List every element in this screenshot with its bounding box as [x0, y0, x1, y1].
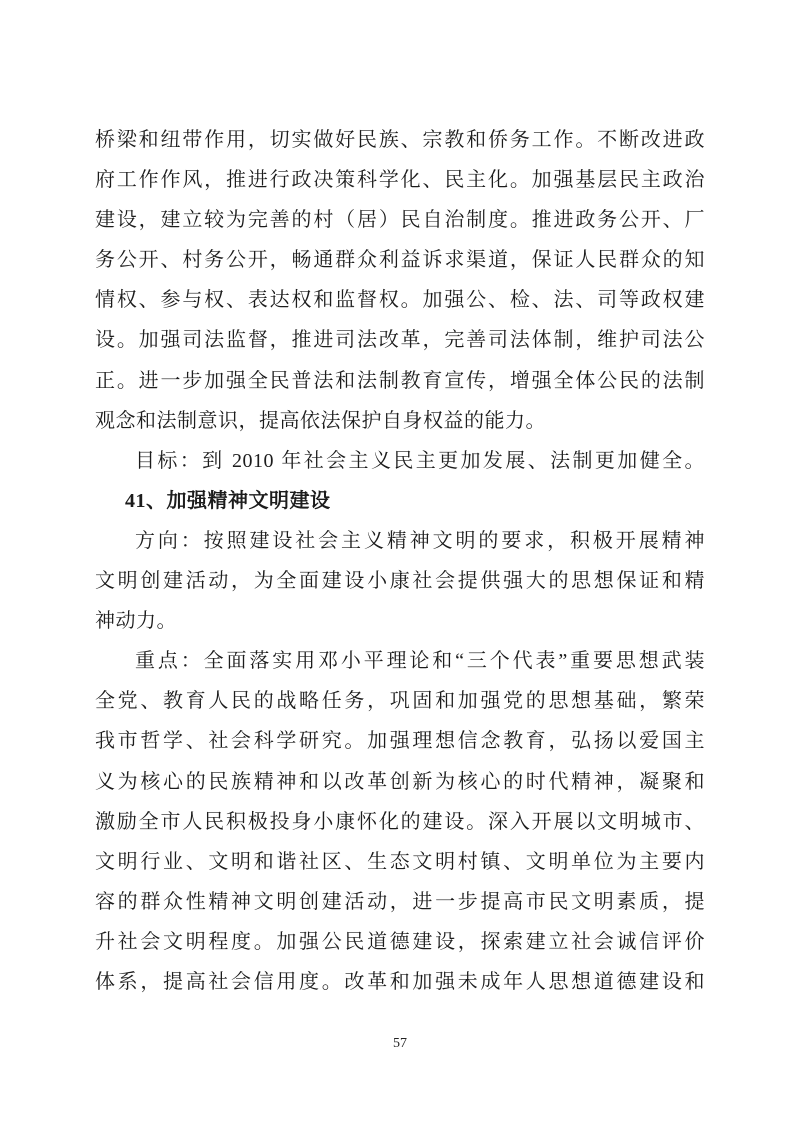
section-41-heading: 41、加强精神文明建设 [95, 481, 705, 521]
text-line: 升社会文明程度。加强公民道德建设，探索建立社会诚信评价 [95, 922, 705, 962]
text-line: 全党、教育人民的战略任务，巩固和加强党的思想基础，繁荣 [95, 681, 705, 721]
text-line: 文明行业、文明和谐社区、生态文明村镇、文明单位为主要内 [95, 842, 705, 882]
text-line: 容的群众性精神文明创建活动，进一步提高市民文明素质，提 [95, 882, 705, 922]
body-text: 桥梁和纽带作用，切实做好民族、宗教和侨务工作。不断改进政 府工作作风，推进行政决… [95, 120, 705, 1002]
text-line: 设。加强司法监督，推进司法改革，完善司法体制，维护司法公 [95, 320, 705, 360]
page-number: 57 [95, 1036, 705, 1052]
text-line: 情权、参与权、表达权和监督权。加强公、检、法、司等政权建 [95, 280, 705, 320]
document-page: 桥梁和纽带作用，切实做好民族、宗教和侨务工作。不断改进政 府工作作风，推进行政决… [0, 0, 793, 1122]
text-line: 激励全市人民积极投身小康怀化的建设。深入开展以文明城市、 [95, 802, 705, 842]
text-line: 神动力。 [95, 601, 705, 641]
text-line: 府工作作风，推进行政决策科学化、民主化。加强基层民主政治 [95, 160, 705, 200]
goal-line: 目标：到 2010 年社会主义民主更加发展、法制更加健全。 [95, 441, 705, 481]
direction-line: 方向：按照建设社会主义精神文明的要求，积极开展精神 [95, 521, 705, 561]
text-line: 建设，建立较为完善的村（居）民自治制度。推进政务公开、厂 [95, 200, 705, 240]
text-line: 务公开、村务公开，畅通群众利益诉求渠道，保证人民群众的知 [95, 240, 705, 280]
text-line: 观念和法制意识，提高依法保护自身权益的能力。 [95, 401, 705, 441]
text-line: 正。进一步加强全民普法和法制教育宣传，增强全体公民的法制 [95, 361, 705, 401]
text-line: 我市哲学、社会科学研究。加强理想信念教育，弘扬以爱国主 [95, 721, 705, 761]
text-line: 桥梁和纽带作用，切实做好民族、宗教和侨务工作。不断改进政 [95, 120, 705, 160]
text-line: 义为核心的民族精神和以改革创新为核心的时代精神，凝聚和 [95, 762, 705, 802]
text-line: 文明创建活动，为全面建设小康社会提供强大的思想保证和精 [95, 561, 705, 601]
key-points-line: 重点：全面落实用邓小平理论和“三个代表”重要思想武装 [95, 641, 705, 681]
text-line: 体系，提高社会信用度。改革和加强未成年人思想道德建设和 [95, 962, 705, 1002]
